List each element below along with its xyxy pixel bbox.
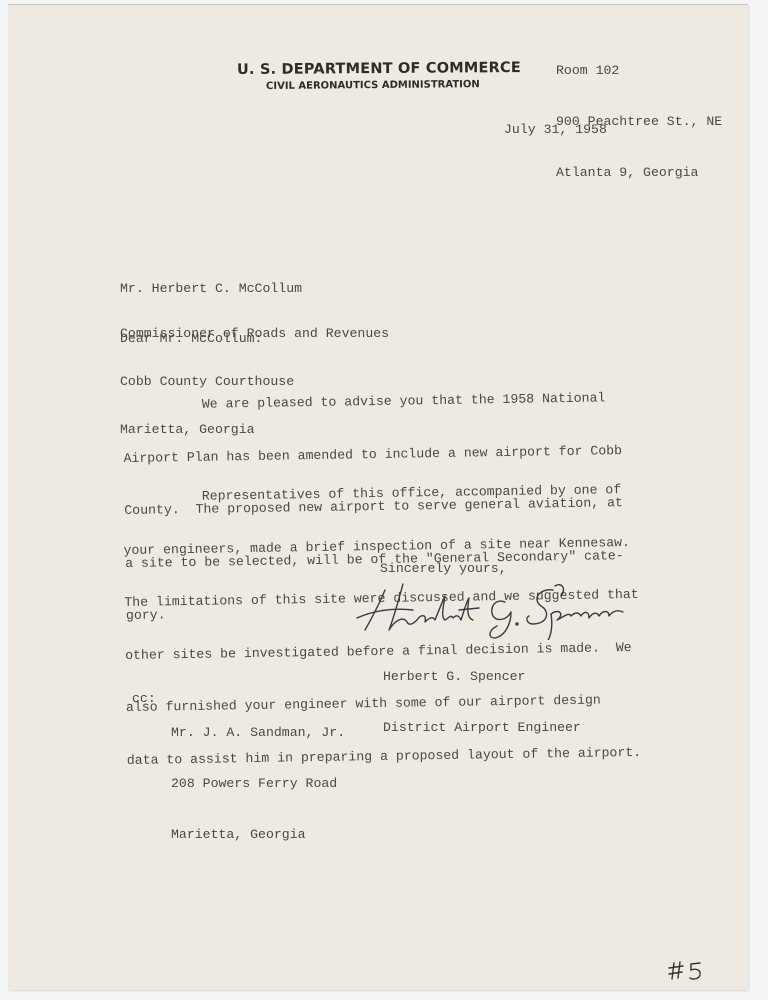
letterhead-department: U. S. DEPARTMENT OF COMMERCE	[237, 60, 517, 78]
body-line: your engineers, made a brief inspection …	[123, 533, 638, 559]
body-line: Representatives of this office, accompan…	[123, 481, 638, 507]
signer-name: Herbert G. Spencer	[383, 668, 581, 685]
handwritten-signature	[355, 580, 645, 640]
cc-line: Mr. J. A. Sandman, Jr.	[171, 724, 345, 741]
salutation: Dear Mr. McCollum:	[120, 331, 262, 347]
cc-label: cc:	[132, 690, 156, 707]
letterhead: U. S. DEPARTMENT OF COMMERCE CIVIL AERON…	[237, 62, 517, 92]
signer-title: District Airport Engineer	[383, 719, 581, 736]
recipient-line: Mr. Herbert C. McCollum	[120, 281, 389, 297]
body-line: We are pleased to advise you that the 19…	[123, 389, 622, 414]
cc-block: cc: Mr. J. A. Sandman, Jr. 208 Powers Fe…	[132, 690, 148, 741]
return-address-line: Atlanta 9, Georgia	[556, 164, 722, 181]
cc-line: 208 Powers Ferry Road	[171, 775, 345, 792]
return-address-line: Room 102	[556, 62, 722, 79]
letter-date: July 31, 1958	[504, 122, 607, 138]
closing: Sincerely yours,	[380, 561, 507, 577]
cc-line: Marietta, Georgia	[171, 826, 345, 843]
handwritten-page-number	[668, 957, 708, 982]
cc-recipient: Mr. J. A. Sandman, Jr. 208 Powers Ferry …	[171, 690, 345, 877]
return-address: Room 102 900 Peachtree St., NE Atlanta 9…	[556, 28, 722, 198]
signer-block: Herbert G. Spencer District Airport Engi…	[383, 634, 581, 753]
letterhead-agency: CIVIL AERONAUTICS ADMINISTRATION	[266, 79, 517, 92]
